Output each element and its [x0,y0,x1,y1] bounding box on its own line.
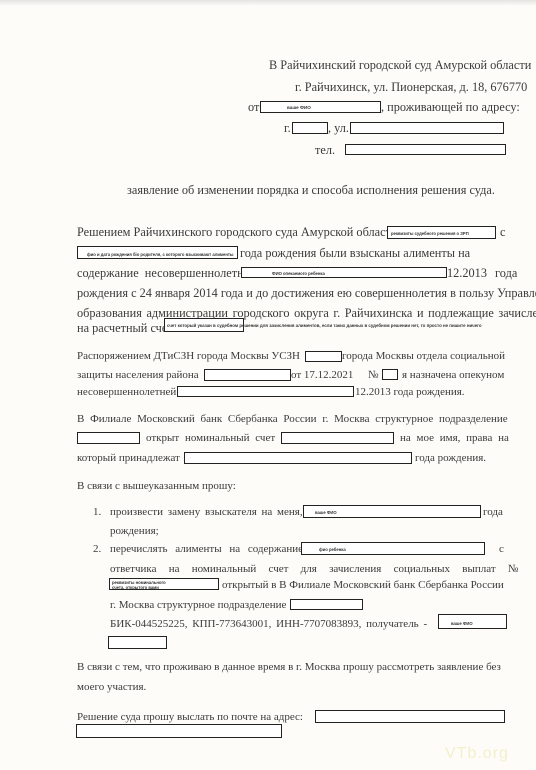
beneficiary-field[interactable] [184,452,412,464]
nominal-account-field[interactable] [281,432,394,444]
p3-text: открыт номинальный счет [146,431,275,445]
branch-field[interactable] [77,432,140,444]
field-hint: реквизиты номинального счета, открытого … [112,580,178,590]
item-number: 2. [93,542,101,556]
field-hint: ФИО опекаемого ребенка [272,271,325,276]
ward-name-field[interactable] [177,386,354,397]
p5-text: Решение суда прошу выслать по почте на а… [77,710,303,724]
subdivision-field[interactable] [290,599,363,610]
p1-text: Решением Райчихинского городского суда А… [77,224,412,240]
debtor-name-field[interactable]: фио и дата рождения бio родителя, с кото… [77,246,238,259]
p2-text: Распоряжением ДТиСЗН города Москвы УСЗН [77,349,300,363]
p2-text: города Москвы отдела социальной [342,349,505,363]
item-text: БИК-044525225, КПП-773643001, ИНН-770708… [110,617,427,631]
p1-text: рождения с 24 января 2014 года и до дост… [77,285,536,301]
item-text: с [499,542,504,556]
postal-address-field-cont[interactable] [76,724,282,738]
p3-text: который принадлежат [77,451,180,465]
field-hint: реквизиты судебного решения о ЗРП [391,231,469,236]
city-field[interactable] [292,122,328,134]
child-name-field[interactable]: ФИО опекаемого ребенка [241,267,447,278]
p1-text: содержание несовершеннолетней [77,265,256,281]
city-label: г. [284,120,291,136]
nominal-account-details-field[interactable]: реквизиты номинального счета, открытого … [109,578,219,590]
p2-text: несовершеннолетней [77,385,176,399]
court-name: В Райчихинский городской суд Амурской об… [269,57,531,73]
p4-text: моего участия. [77,680,146,694]
item-text: перечислять алименты на содержание [110,542,303,556]
p2-text: защиты населения района [77,368,199,382]
item-text: г. Москва структурное подразделение [110,598,286,612]
item-text: ответчика на номинальный счет для зачисл… [110,562,518,576]
item-text: рождения; [110,524,159,538]
field-hint: ваше ФИО [315,510,337,515]
item-text: года [483,505,503,519]
scan-edge-shadow [0,0,536,6]
document-title: заявление об изменении порядка и способа… [127,182,495,198]
recipient-field[interactable]: ваше ФИО [438,614,507,629]
request-intro: В связи с вышеуказанным прошу: [77,479,236,493]
child-name-field-2[interactable]: фио ребенка [301,542,485,555]
p1-text: 12.2013 года [447,265,517,281]
field-hint: ваше ФИО [287,105,311,110]
district-field[interactable] [204,369,291,381]
postal-address-field[interactable] [315,710,505,723]
p2-text: 12.2013 года рождения. [355,385,465,399]
p3-text: В Филиале Московский банк Сбербанка Росс… [77,412,508,426]
phone-field[interactable] [345,144,506,155]
watermark: VTb.org [445,745,509,763]
new-claimant-field[interactable]: ваше ФИО [303,505,481,518]
uszn-field[interactable] [305,351,342,362]
p2-text: я назначена опекуном [402,368,504,382]
applicant-name-field[interactable]: ваше ФИО [260,101,381,113]
p2-text: № [368,368,379,382]
recipient-field-cont[interactable] [108,636,167,649]
p1-text: образования администрации городского окр… [77,305,536,321]
field-hint: ваше ФИО [451,621,473,626]
p1-text: года рождения были взысканы алименты на [240,245,470,261]
decision-details-field[interactable]: реквизиты судебного решения о ЗРП [387,226,496,239]
p1-text: на расчетный счет [77,320,173,336]
field-hint: фио и дата рождения бio родителя, с кото… [87,252,237,257]
field-hint: счет который указан в судебном решении д… [167,323,482,328]
item-text: открытый в В Филиале Московский банк Сбе… [222,578,504,592]
p3-text: на мое имя, права на [400,431,509,445]
street-label: , ул. [328,120,349,136]
p2-text: от 17.12.2021 [291,368,353,382]
court-address: г. Райчихинск, ул. Пионерская, д. 18, 67… [295,79,527,95]
from-suffix: , проживающей по адресу: [381,99,520,115]
phone-label: тел. [315,142,335,158]
p4-text: В связи с тем, что проживаю в данное вре… [77,660,501,674]
item-number: 1. [93,505,101,519]
p3-text: года рождения. [415,451,486,465]
field-hint: фио ребенка [319,547,346,552]
p1-text: с [500,224,505,240]
order-number-field[interactable] [382,369,398,380]
from-label: от [248,99,259,115]
street-field[interactable] [350,122,504,134]
item-text: произвести замену взыскателя на меня, [110,505,303,519]
